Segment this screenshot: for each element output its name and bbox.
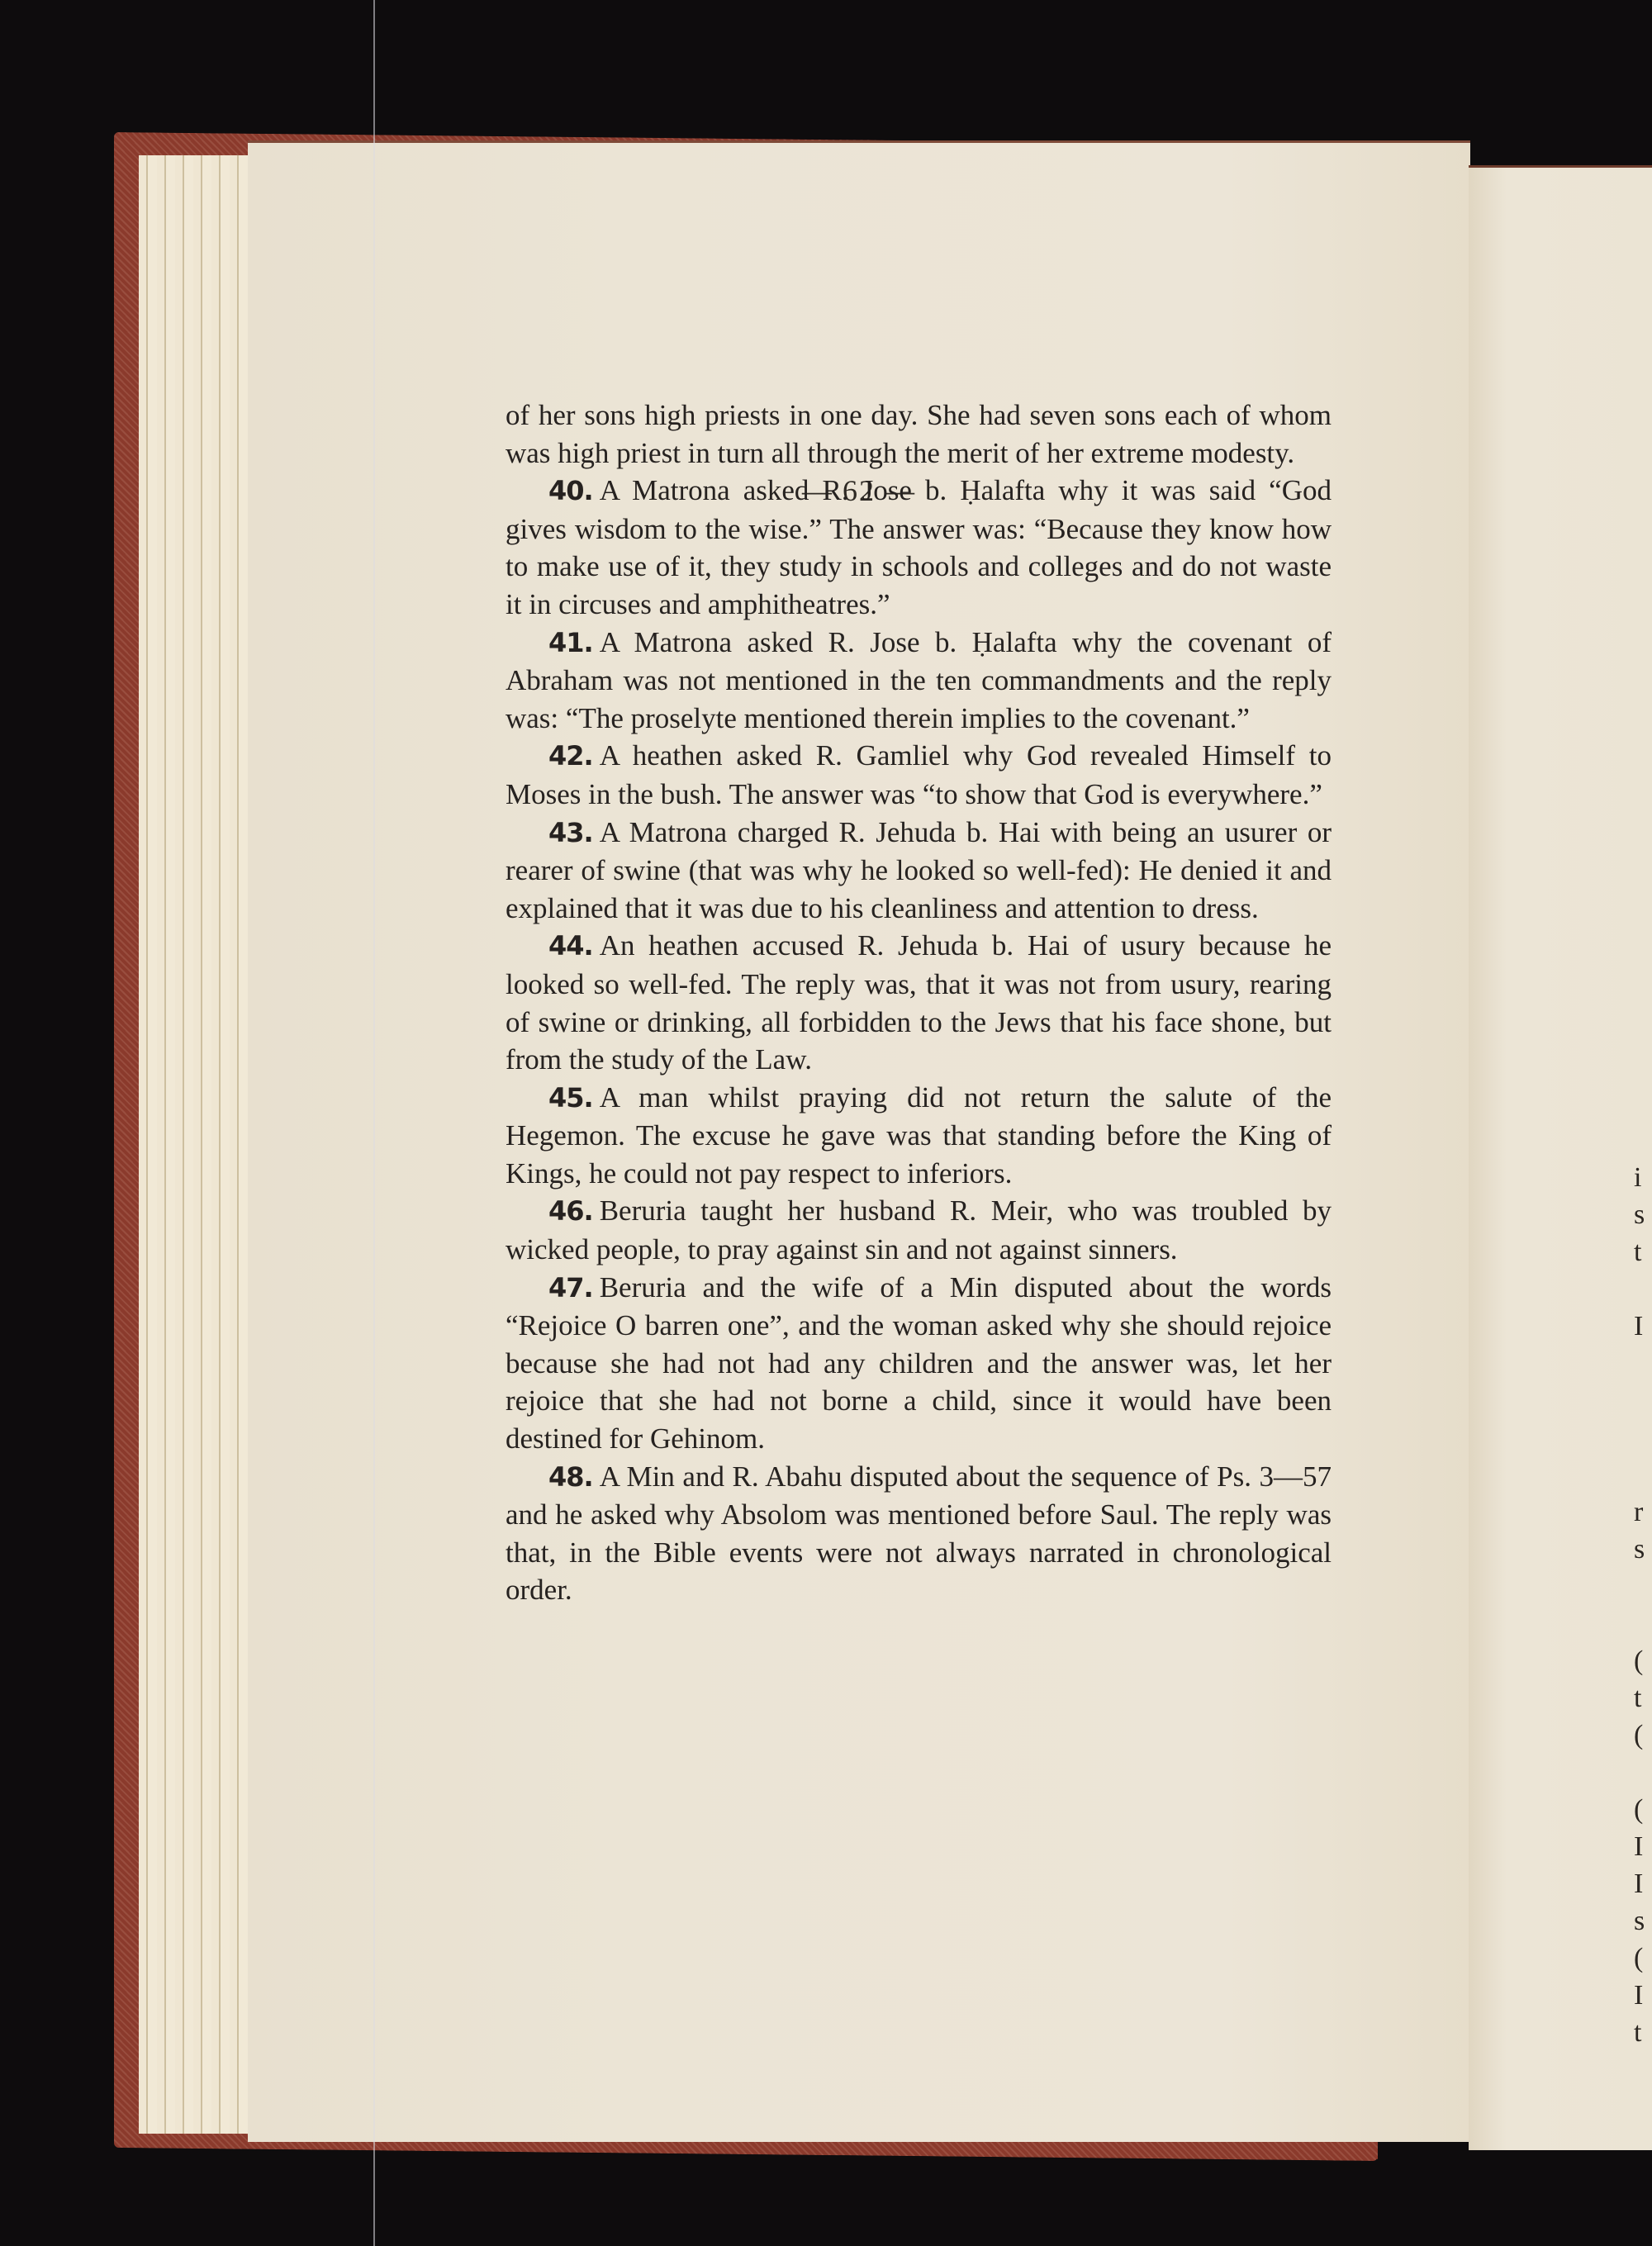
entry-44: 44.An heathen accused R. Jehuda b. Hai o… — [506, 927, 1332, 1078]
entry-text: Beruria taught her husband R. Meir, who … — [506, 1194, 1332, 1265]
entry-43: 43.A Matrona charged R. Jehuda b. Hai wi… — [506, 814, 1332, 928]
entry-text: A heathen asked R. Gamliel why God revea… — [506, 739, 1332, 810]
entry-number: 43. — [548, 817, 593, 848]
next-page-text-fragments: i s t I r s ( t ( ( I I s ( I t — [1634, 1010, 1645, 2051]
entry-40: 40.A Matrona asked R. Jose b. Ḥalafta wh… — [506, 472, 1332, 623]
entry-41: 41.A Matrona asked R. Jose b. Ḥalafta wh… — [506, 624, 1332, 738]
entry-number: 40. — [548, 475, 593, 506]
entry-text: A man whilst praying did not return the … — [506, 1081, 1332, 1189]
page-body-text: of her sons high priests in one day. She… — [506, 396, 1332, 1609]
entry-number: 47. — [548, 1272, 593, 1303]
entry-47: 47.Beruria and the wife of a Min dispute… — [506, 1269, 1332, 1458]
entry-number: 41. — [548, 627, 593, 658]
entry-text: Beruria and the wife of a Min disputed a… — [506, 1271, 1332, 1455]
entry-text: An heathen accused R. Jehuda b. Hai of u… — [506, 929, 1332, 1076]
entry-number: 44. — [548, 930, 593, 962]
next-page-edge: i s t I r s ( t ( ( I I s ( I t — [1469, 165, 1652, 2150]
entry-46: 46.Beruria taught her husband R. Meir, w… — [506, 1192, 1332, 1268]
entry-number: 48. — [548, 1461, 593, 1493]
entry-45: 45.A man whilst praying did not return t… — [506, 1079, 1332, 1193]
entry-number: 46. — [548, 1195, 593, 1227]
stand-wire — [373, 0, 375, 2246]
entry-text: A Matrona asked R. Jose b. Ḥalafta why i… — [506, 474, 1332, 620]
page-edges-stack — [139, 155, 254, 2134]
entry-text: A Min and R. Abahu disputed about the se… — [506, 1460, 1332, 1607]
entry-number: 42. — [548, 740, 593, 772]
continuation-paragraph: of her sons high priests in one day. She… — [506, 396, 1332, 472]
entry-text: A Matrona charged R. Jehuda b. Hai with … — [506, 816, 1332, 924]
entry-text: A Matrona asked R. Jose b. Ḥalafta why t… — [506, 626, 1332, 734]
entry-42: 42.A heathen asked R. Gamliel why God re… — [506, 737, 1332, 813]
entry-48: 48.A Min and R. Abahu disputed about the… — [506, 1458, 1332, 1609]
entry-number: 45. — [548, 1082, 593, 1114]
